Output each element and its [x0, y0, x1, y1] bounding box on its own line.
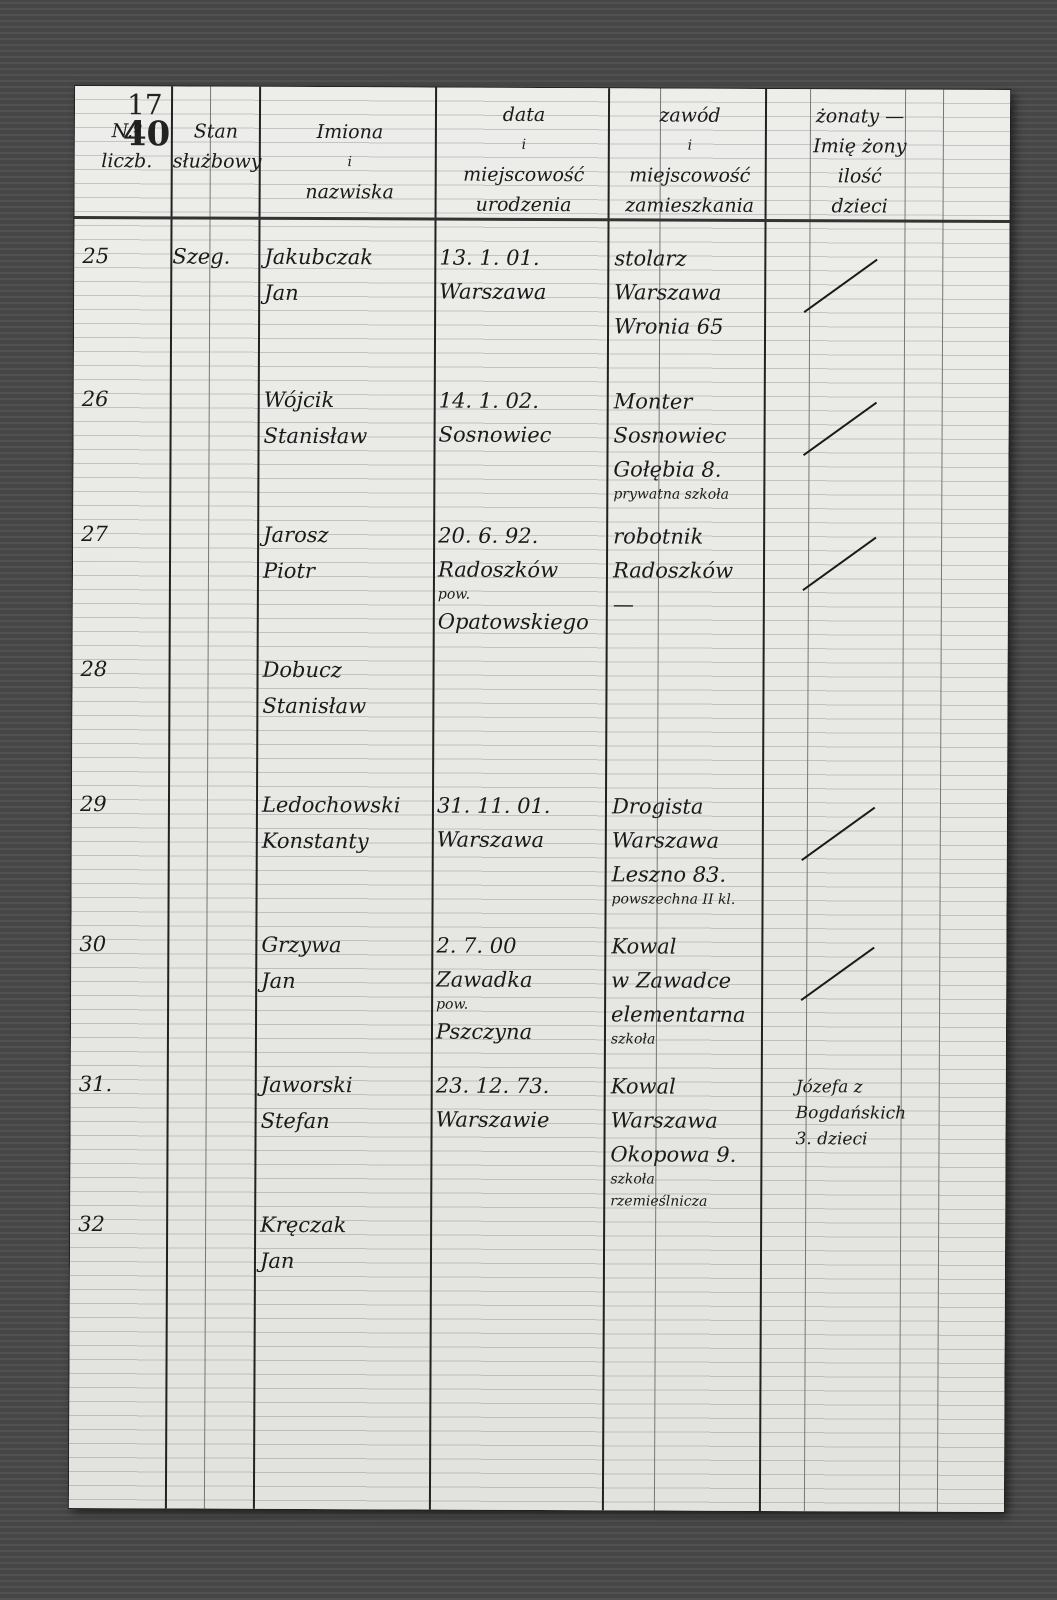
none-slash-mark: [801, 807, 875, 861]
cell-birth: 31. 11. 01.: [437, 788, 551, 824]
cell-nr: 30: [79, 926, 106, 962]
column-header-birth: dataimiejscowośćurodzenia: [440, 100, 609, 221]
cell-name: Jan: [260, 1243, 295, 1279]
cell-occupation: rzemieślnicza: [610, 1192, 707, 1210]
cell-occupation: w Zawadce: [611, 962, 731, 999]
table-row: 30GrzywaJan2. 7. 00Zawadkapow.PszczynaKo…: [75, 86, 1010, 90]
table-row: 27JaroszPiotr20. 6. 92.Radoszkówpow.Opat…: [75, 86, 1010, 90]
cell-birth: 23. 12. 73.: [436, 1068, 550, 1104]
cell-occupation: Kowal: [611, 1068, 676, 1104]
cell-name: Wójcik: [264, 382, 335, 418]
column-rule: [937, 90, 944, 1512]
none-slash-mark: [802, 537, 876, 591]
cell-nr: 32: [78, 1206, 105, 1242]
cell-birth: 20. 6. 92.: [438, 518, 538, 554]
cell-name: Konstanty: [262, 823, 369, 859]
table-row: 26WójcikStanisław14. 1. 02.SosnowiecMont…: [75, 86, 1010, 90]
cell-name: Piotr: [263, 553, 315, 589]
column-rule: [165, 86, 173, 1508]
cell-birth: pow.: [436, 996, 468, 1014]
none-slash-mark: [803, 402, 877, 456]
cell-occupation: stolarz: [614, 240, 686, 276]
cell-name: Jakubczak: [264, 239, 373, 275]
table-row: 32KręczakJan: [75, 86, 1010, 90]
cell-occupation: Warszawa: [612, 822, 719, 858]
cell-name: Stanisław: [262, 688, 366, 724]
column-rule: [204, 87, 211, 1509]
cell-occupation: robotnik: [613, 518, 703, 554]
cell-occupation: Monter: [614, 383, 693, 419]
cell-occupation: Drogista: [612, 788, 704, 824]
cell-occupation: Warszawa: [611, 1102, 718, 1138]
cell-occupation: prywatna szkoła: [613, 485, 729, 504]
cell-nr: 31.: [79, 1066, 113, 1102]
column-rule: [429, 88, 437, 1510]
cell-occupation: Wronia 65: [614, 308, 724, 344]
cell-occupation: Kowal: [611, 928, 676, 964]
none-slash-mark: [804, 259, 878, 313]
cell-occupation: Warszawa: [614, 274, 721, 310]
cell-occupation: Okopowa 9.: [610, 1136, 736, 1173]
cell-married: Józefa z Bogdańskich 3. dzieci: [795, 1074, 915, 1153]
cell-nr: 27: [81, 516, 108, 552]
cell-occupation: powszechna II kl.: [612, 890, 736, 909]
column-header-name: Imionainazwiska: [265, 117, 435, 208]
cell-name: Jan: [261, 963, 296, 999]
cell-occupation: szkoła: [610, 1170, 654, 1188]
column-header-nr: N.ºliczb.: [83, 116, 171, 176]
cell-birth: Pszczyna: [436, 1014, 532, 1050]
cell-birth: Opatowskiego: [438, 604, 589, 641]
none-slash-mark: [801, 947, 875, 1001]
cell-occupation: Gołębia 8.: [613, 451, 721, 487]
column-header-stan: Stansłużbowy: [173, 116, 259, 176]
table-row: 28DobuczStanisław: [75, 86, 1010, 90]
cell-occupation: szkoła: [611, 1030, 655, 1048]
cell-stan: Szeg.: [172, 238, 230, 274]
cell-name: Grzywa: [261, 927, 341, 963]
cell-name: Jaworski: [261, 1067, 353, 1103]
cell-name: Kręczak: [260, 1207, 346, 1243]
cell-nr: 26: [82, 381, 109, 417]
table-row: 31.JaworskiStefan23. 12. 73.WarszawieKow…: [75, 86, 1010, 90]
cell-birth: 14. 1. 02.: [439, 383, 539, 419]
cell-birth: Warszawa: [437, 822, 544, 858]
column-rule: [804, 89, 811, 1511]
cell-name: Jarosz: [263, 517, 329, 553]
cell-occupation: Leszno 83.: [612, 856, 727, 892]
column-header-occupation: zawódimiejscowośćzamieszkania: [615, 100, 766, 221]
cell-name: Stefan: [261, 1103, 330, 1139]
cell-birth: Warszawa: [439, 274, 546, 310]
cell-occupation: —: [613, 586, 634, 622]
cell-nr: 28: [80, 651, 107, 687]
cell-name: Dobucz: [262, 652, 341, 688]
table-row: 29LedochowskiKonstanty31. 11. 01.Warszaw…: [75, 86, 1010, 90]
cell-occupation: Sosnowiec: [614, 417, 727, 453]
cell-nr: 29: [80, 786, 107, 822]
cell-birth: Zawadka: [436, 962, 532, 998]
cell-name: Jan: [264, 275, 299, 311]
cell-birth: 13. 1. 01.: [439, 240, 539, 276]
cell-birth: Warszawie: [436, 1102, 550, 1138]
column-header-married: żonaty —Imię żonyilośćdzieci: [775, 101, 946, 222]
column-rule: [253, 87, 261, 1509]
cell-birth: Sosnowiec: [439, 417, 552, 453]
cell-birth: Radoszków: [438, 552, 558, 589]
table-row: 25Szeg.JakubczakJan13. 1. 01.Warszawasto…: [75, 86, 1010, 90]
cell-name: Stanisław: [264, 418, 368, 454]
cell-name: Ledochowski: [262, 787, 401, 824]
column-rule: [759, 89, 767, 1511]
cell-birth: 2. 7. 00: [436, 928, 516, 964]
column-rule: [602, 88, 610, 1510]
register-page: 40 17 N.ºliczb.StansłużbowyImionainazwis…: [69, 86, 1010, 1512]
column-rule: [899, 90, 906, 1512]
cell-occupation: Radoszków: [613, 552, 733, 589]
cell-nr: 25: [82, 238, 109, 274]
cell-birth: pow.: [438, 586, 470, 604]
cell-occupation: elementarna: [611, 996, 746, 1033]
